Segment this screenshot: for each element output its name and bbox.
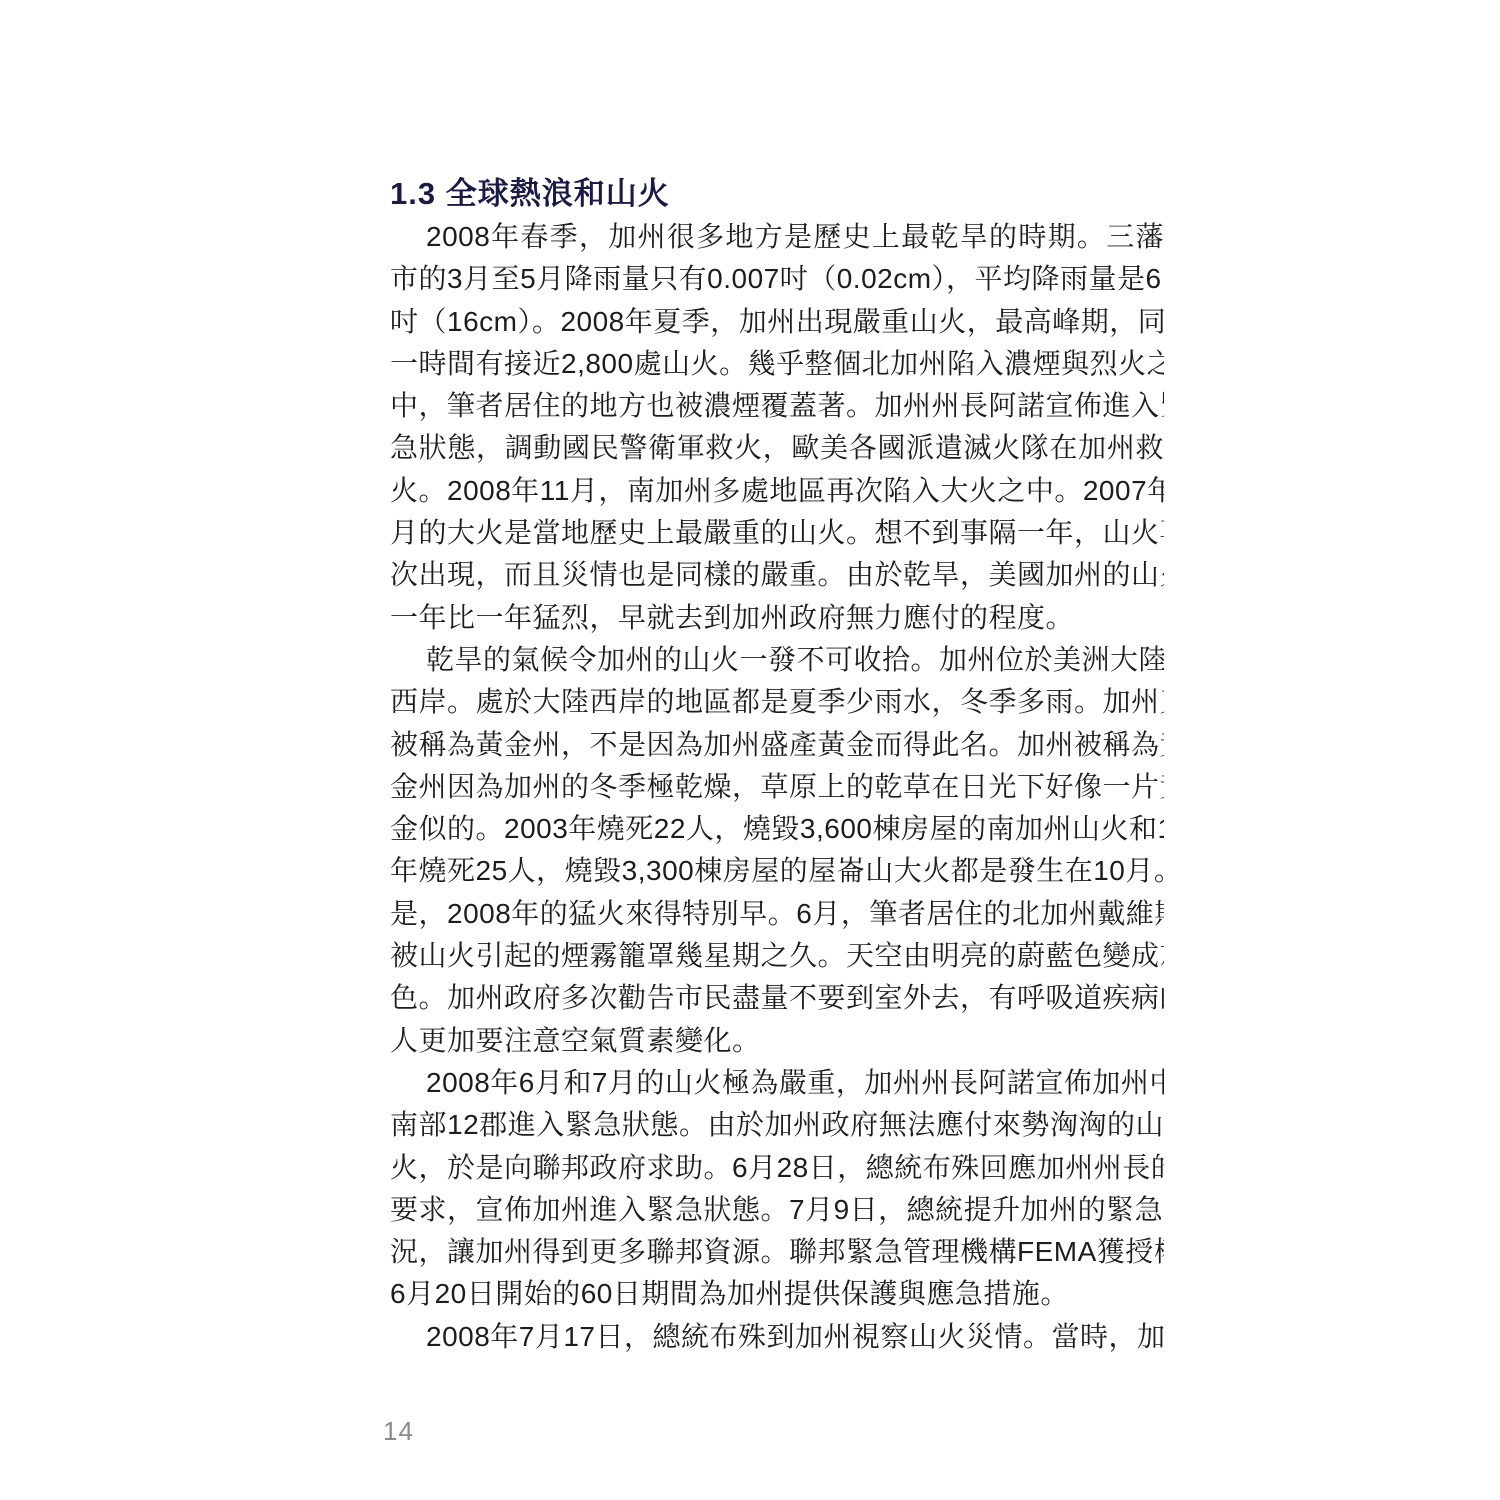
text-line: 一時間有接近2,800處山火。幾乎整個北加州陷入濃煙與烈火之 — [390, 343, 1164, 385]
text-line: 被山火引起的煙霧籠罩幾星期之久。天空由明亮的蔚藍色變成灰 — [390, 935, 1164, 977]
text-line: 市的3月至5月降雨量只有0.007吋（0.02cm），平均降雨量是6.18 — [390, 258, 1164, 300]
text-line: 一年比一年猛烈，早就去到加州政府無力應付的程度。 — [390, 597, 1164, 639]
text-line: 人更加要注意空氣質素變化。 — [390, 1020, 1164, 1062]
text-line: 火。2008年11月，南加州多處地區再次陷入大火之中。2007年10 — [390, 470, 1164, 512]
text-line: 金似的。2003年燒死22人，燒毀3,600棟房屋的南加州山火和1991 — [390, 808, 1164, 850]
text-line: 乾旱的氣候令加州的山火一發不可收拾。加州位於美洲大陸 — [390, 639, 1164, 681]
text-line: 2008年7月17日，總統布殊到加州視察山火災情。當時，加 — [390, 1316, 1164, 1358]
text-line: 6月20日開始的60日期間為加州提供保護與應急措施。 — [390, 1273, 1164, 1315]
page-number: 14 — [383, 1416, 414, 1447]
text-line: 年燒死25人，燒毀3,300棟房屋的屋崙山大火都是發生在10月。可 — [390, 850, 1164, 892]
text-line: 月的大火是當地歷史上最嚴重的山火。想不到事隔一年，山火再 — [390, 512, 1164, 554]
text-line: 吋（16cm）。2008年夏季，加州出現嚴重山火，最高峰期，同 — [390, 301, 1164, 343]
text-line: 中，筆者居住的地方也被濃煙覆蓋著。加州州長阿諾宣佈進入緊 — [390, 385, 1164, 427]
text-line: 急狀態，調動國民警衛軍救火，歐美各國派遣滅火隊在加州救 — [390, 427, 1164, 469]
text-line: 次出現，而且災情也是同樣的嚴重。由於乾旱，美國加州的山火 — [390, 554, 1164, 596]
text-line: 金州因為加州的冬季極乾燥，草原上的乾草在日光下好像一片黃 — [390, 766, 1164, 808]
section-heading: 1.3 全球熱浪和山火 — [390, 168, 1170, 213]
text-line: 是，2008年的猛火來得特別早。6月，筆者居住的北加州戴維斯市 — [390, 893, 1164, 935]
text-line: 要求，宣佈加州進入緊急狀態。7月9日，總統提升加州的緊急情 — [390, 1189, 1164, 1231]
text-line: 況，讓加州得到更多聯邦資源。聯邦緊急管理機構FEMA獲授權在 — [390, 1231, 1164, 1273]
text-line: 被稱為黃金州，不是因為加州盛產黃金而得此名。加州被稱為黃 — [390, 724, 1164, 766]
text-line: 2008年春季，加州很多地方是歷史上最乾旱的時期。三藩 — [390, 216, 1164, 258]
book-page: 1.3 全球熱浪和山火 2008年春季，加州很多地方是歷史上最乾旱的時期。三藩市… — [0, 0, 1500, 1500]
text-line: 南部12郡進入緊急狀態。由於加州政府無法應付來勢洶洶的山 — [390, 1104, 1164, 1146]
text-line: 色。加州政府多次勸告市民盡量不要到室外去，有呼吸道疾病的 — [390, 977, 1164, 1019]
body-text: 2008年春季，加州很多地方是歷史上最乾旱的時期。三藩市的3月至5月降雨量只有0… — [390, 216, 1164, 1358]
text-line: 西岸。處於大陸西岸的地區都是夏季少雨水，冬季多雨。加州又 — [390, 681, 1164, 723]
text-line: 火，於是向聯邦政府求助。6月28日，總統布殊回應加州州長的 — [390, 1147, 1164, 1189]
text-line: 2008年6月和7月的山火極為嚴重，加州州長阿諾宣佈加州中 — [390, 1062, 1164, 1104]
